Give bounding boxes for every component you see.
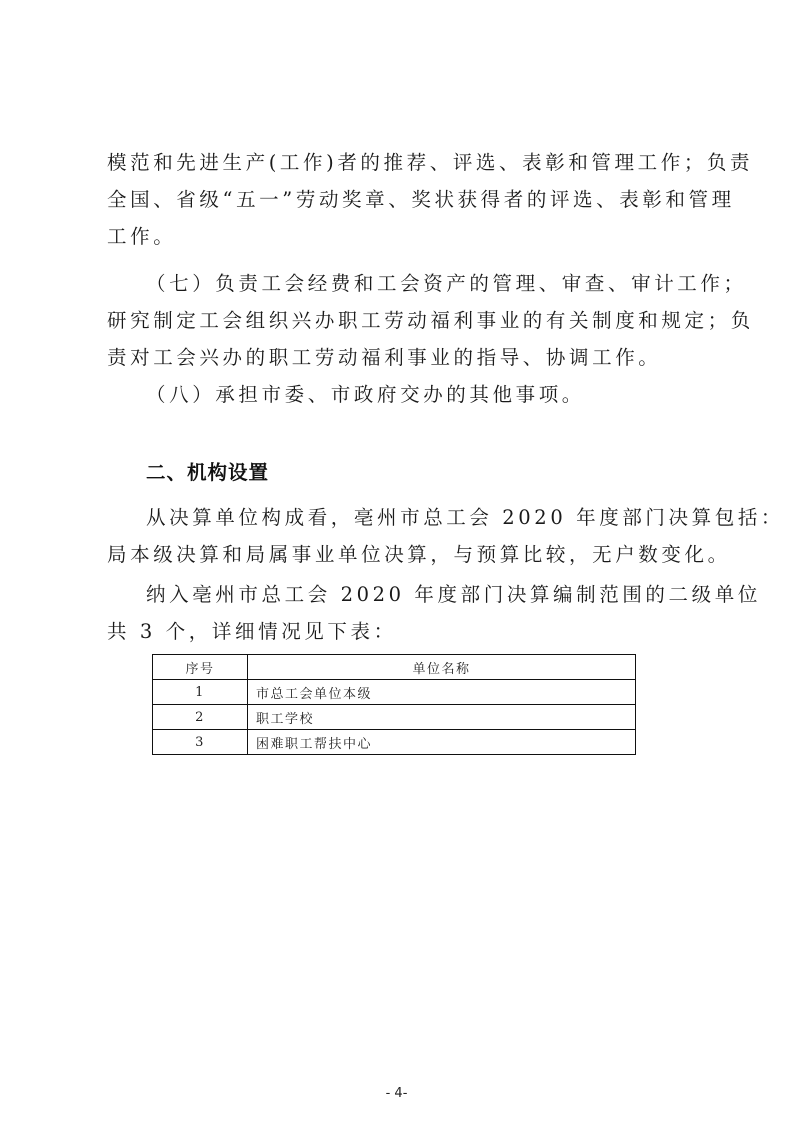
cell-number: 2 — [153, 705, 248, 730]
paragraph-line: 工作。 — [107, 225, 176, 249]
paragraph-line: 局本级决算和局属事业单位决算，与预算比较，无户数变化。 — [107, 543, 731, 567]
paragraph-line: 全国、省级“五一”劳动奖章、奖状获得者的评选、表彰和管理 — [107, 188, 735, 212]
header-unit-name: 单位名称 — [248, 655, 636, 680]
document-page: 模范和先进生产(工作)者的推荐、评选、表彰和管理工作；负责 全国、省级“五一”劳… — [0, 0, 793, 1122]
units-table: 序号 单位名称 1 市总工会单位本级 2 职工学校 3 困难职工帮扶中心 — [152, 654, 636, 755]
cell-number: 3 — [153, 730, 248, 755]
paragraph-line: （八）承担市委、市政府交办的其他事项。 — [146, 383, 585, 407]
table-row: 3 困难职工帮扶中心 — [153, 730, 636, 755]
table-row: 2 职工学校 — [153, 705, 636, 730]
cell-unit-name: 市总工会单位本级 — [248, 680, 636, 705]
cell-number: 1 — [153, 680, 248, 705]
section-heading: 二、机构设置 — [146, 461, 269, 485]
table-row: 1 市总工会单位本级 — [153, 680, 636, 705]
cell-unit-name: 困难职工帮扶中心 — [248, 730, 636, 755]
paragraph-line: 责对工会兴办的职工劳动福利事业的指导、协调工作。 — [107, 346, 661, 370]
table-header-row: 序号 单位名称 — [153, 655, 636, 680]
paragraph-line: 模范和先进生产(工作)者的推荐、评选、表彰和管理工作；负责 — [107, 151, 753, 175]
paragraph-line: 从决算单位构成看，亳州市总工会 2020 年度部门决算包括： — [146, 506, 784, 530]
cell-unit-name: 职工学校 — [248, 705, 636, 730]
paragraph-line: 研究制定工会组织兴办职工劳动福利事业的有关制度和规定；负 — [107, 309, 754, 333]
header-number: 序号 — [153, 655, 248, 680]
paragraph-line: （七）负责工会经费和工会资产的管理、审查、审计工作； — [146, 272, 747, 296]
page-number: - 4- — [0, 1086, 793, 1101]
paragraph-line: 共 3 个，详细情况见下表： — [107, 620, 397, 644]
paragraph-line: 纳入亳州市总工会 2020 年度部门决算编制范围的二级单位 — [146, 583, 761, 607]
